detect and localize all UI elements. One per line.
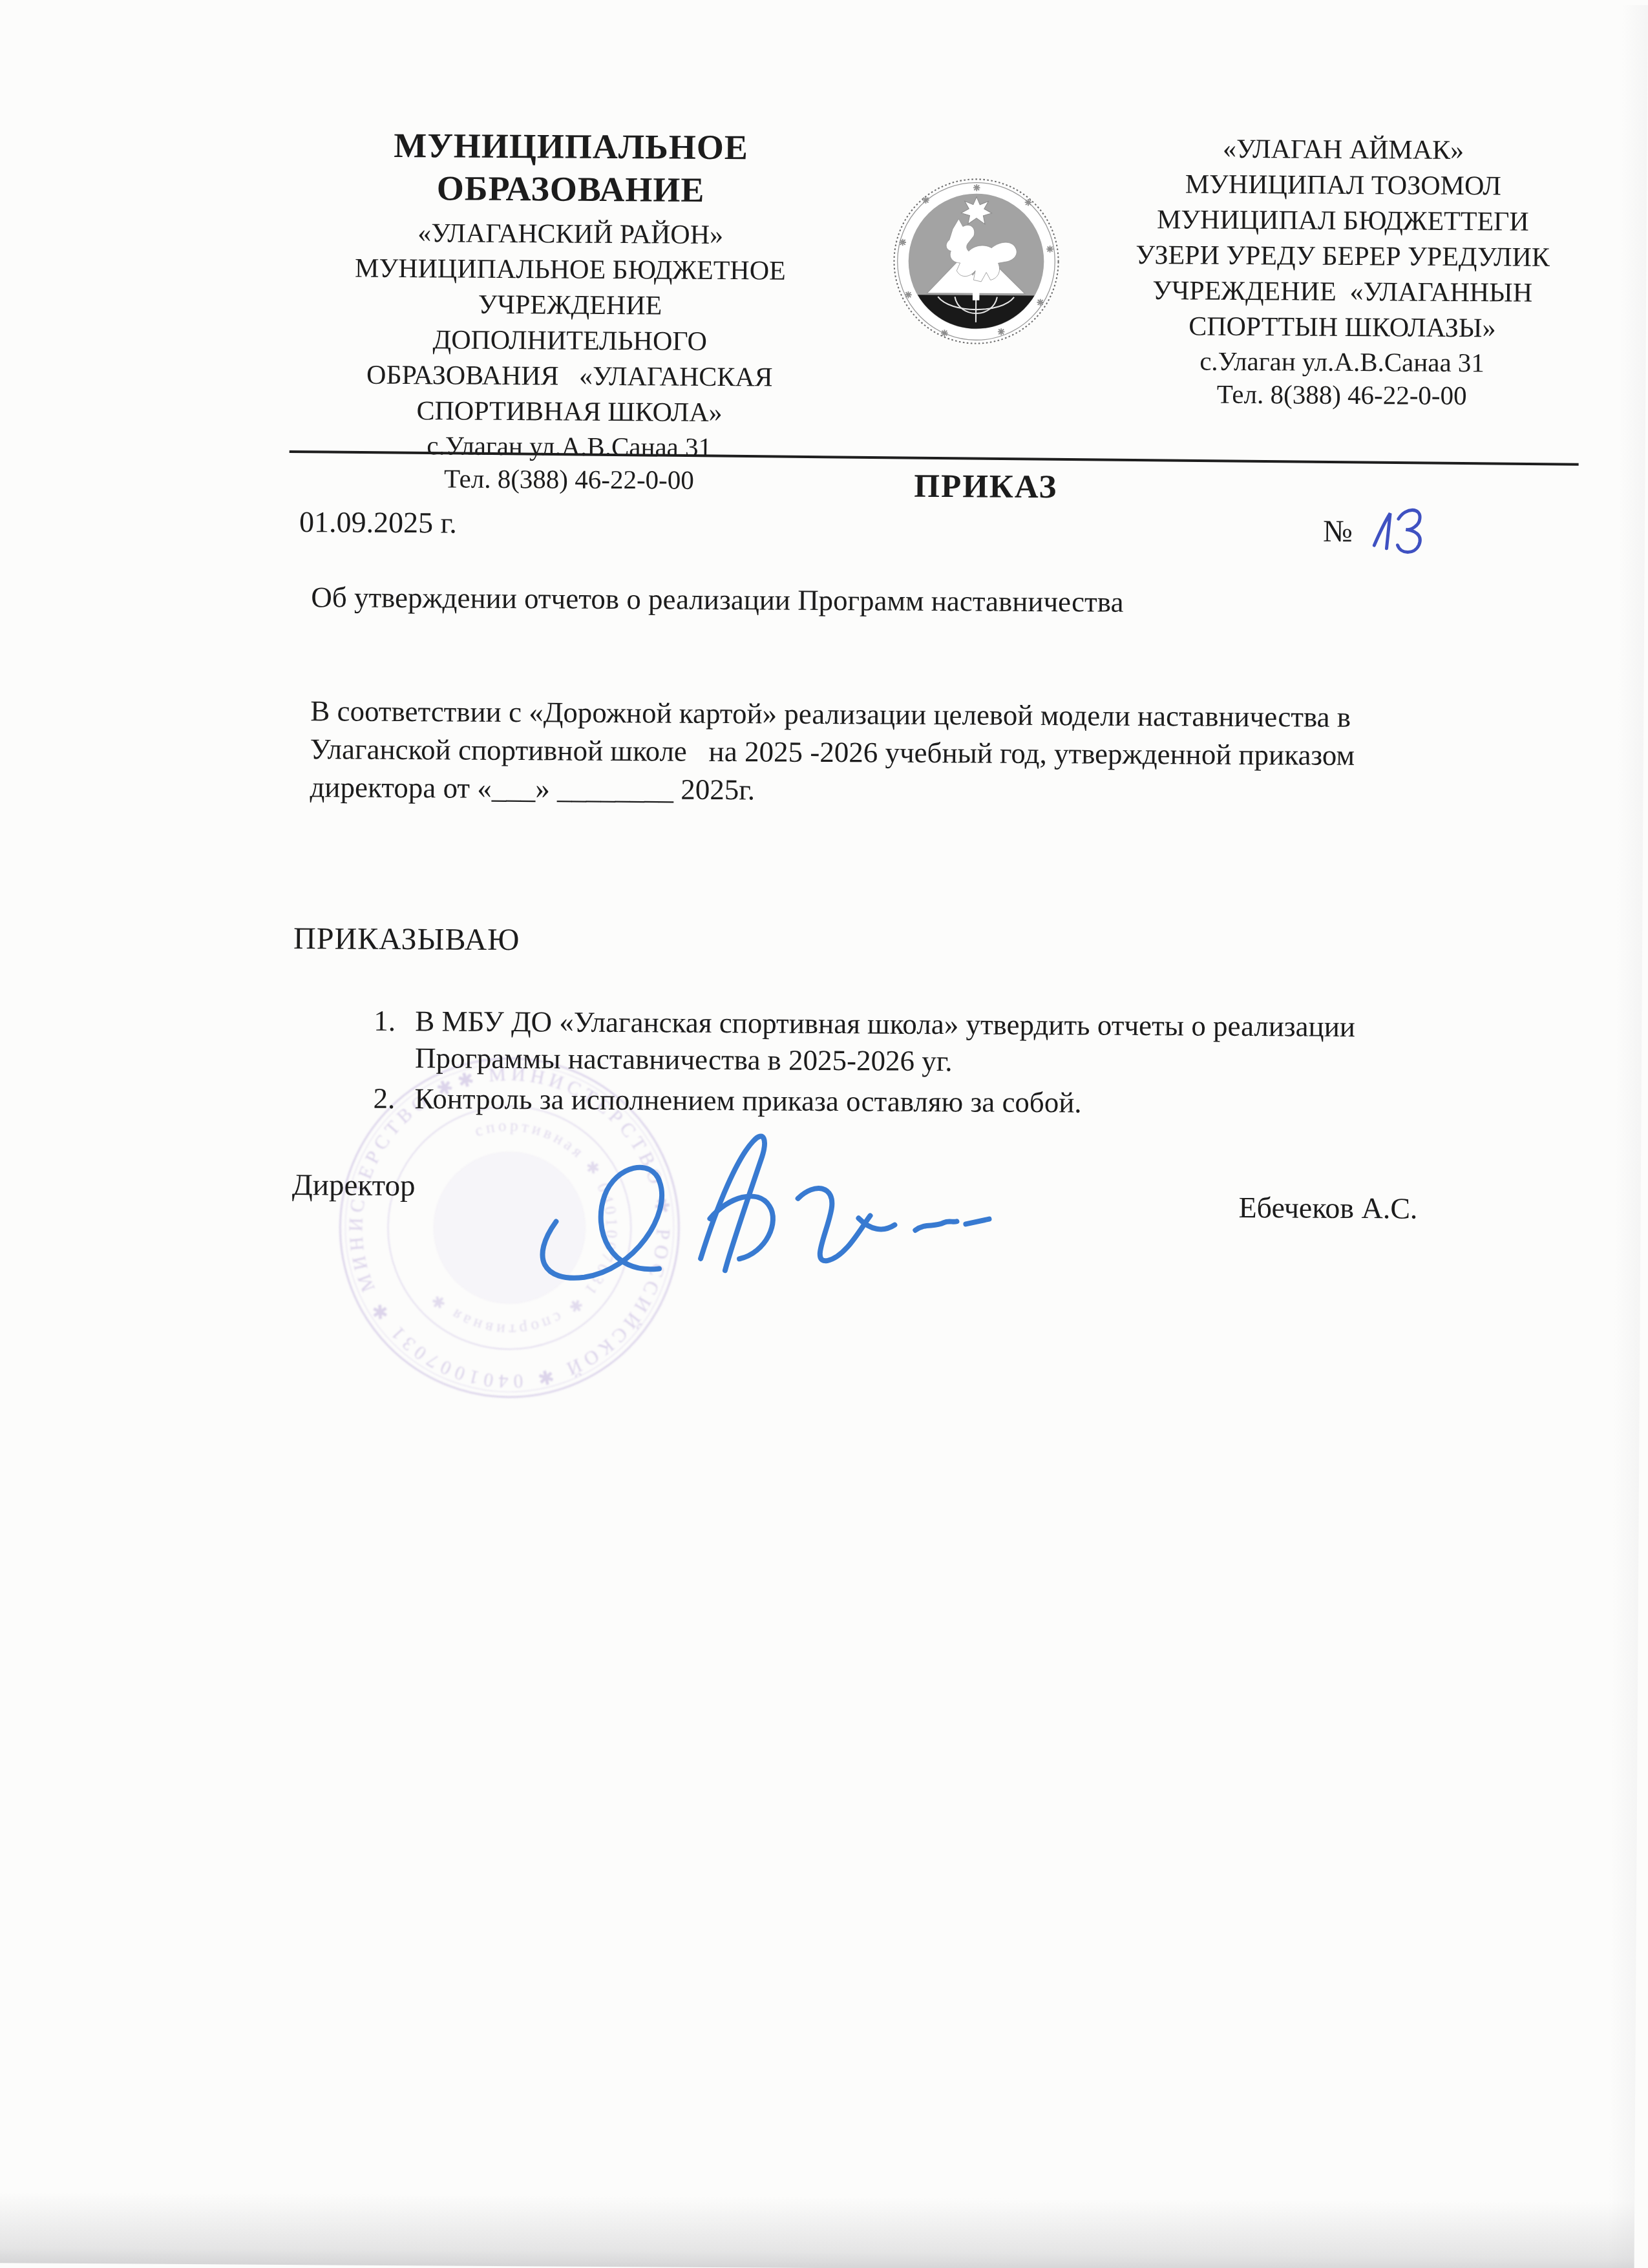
list-item-text: В МБУ ДО «Улаганская спортивная школа» у… — [415, 1003, 1456, 1083]
letterhead-right-line: СПОРТТЫН ШКОЛАЗЫ» — [1124, 309, 1561, 347]
order-title: ПРИКАЗ — [818, 467, 1154, 507]
letterhead-right-line: МУНИЦИПАЛ ТОЗОМОЛ — [1125, 167, 1561, 205]
letterhead-right-address: с.Улаган ул.А.В.Санаа 31 — [1123, 344, 1560, 380]
list-item: 1. В МБУ ДО «Улаганская спортивная школа… — [374, 1003, 1531, 1084]
signature-name: Ебечеков А.С. — [1238, 1190, 1417, 1226]
letterhead-left-line: УЧРЕЖДЕНИЕ ДОПОЛНИТЕЛЬНОГО — [347, 287, 794, 361]
letterhead-left-line: МУНИЦИПАЛЬНОЕ — [348, 124, 794, 169]
letterhead-left-line: СПОРТИВНАЯ ШКОЛА» — [346, 393, 792, 431]
scan-side-shading — [1609, 5, 1648, 2268]
letterhead-left-block: МУНИЦИПАЛЬНОЕ ОБРАЗОВАНИЕ «УЛАГАНСКИЙ РА… — [346, 124, 794, 498]
letterhead-left-address: с.Улаган ул.А.В.Санаа 31 — [346, 428, 792, 464]
list-item-number: 2. — [373, 1080, 414, 1117]
letterhead-right-line: УЧРЕЖДЕНИЕ «УЛАГАННЫН — [1124, 273, 1561, 311]
list-item: 2. Контроль за исполнением приказа остав… — [373, 1080, 1530, 1124]
signature-role: Директор — [292, 1168, 416, 1203]
letterhead-right-line: УЗЕРИ УРЕДУ БЕРЕР УРЕДУЛИК — [1124, 238, 1561, 276]
letterhead-right-line: МУНИЦИПАЛ БЮДЖЕТТЕГИ — [1125, 202, 1561, 240]
letterhead-left-phone: Тел. 8(388) 46-22-0-00 — [346, 461, 792, 497]
handwritten-signature-icon — [496, 1119, 1021, 1297]
order-subject: Об утверждении отчетов о реализации Прог… — [311, 580, 1123, 619]
director-signature — [496, 1119, 1021, 1297]
letterhead-right-phone: Тел. 8(388) 46-22-0-00 — [1123, 377, 1560, 413]
letterhead-right-line: «УЛАГАН АЙМАК» — [1125, 131, 1561, 169]
order-number-handwritten — [1362, 502, 1440, 561]
order-items-list: 1. В МБУ ДО «Улаганская спортивная школа… — [373, 1003, 1530, 1124]
horse-mountain-emblem-icon — [891, 176, 1062, 347]
letterhead-left-line: «УЛАГАНСКИЙ РАЙОН» — [348, 216, 794, 254]
handwritten-13-icon — [1362, 502, 1440, 561]
order-number-label: № — [1323, 514, 1353, 549]
order-resolution: ПРИКАЗЫВАЮ — [293, 921, 520, 958]
list-item-number: 1. — [374, 1003, 415, 1040]
globe-trunk — [973, 288, 980, 300]
ulagan-emblem-icon — [891, 176, 1062, 347]
order-body-line: директора от «___» ________ 2025г. — [310, 768, 1563, 814]
list-item-text: Контроль за исполнением приказа оставляю… — [414, 1080, 1455, 1124]
letterhead-left-line: ОБРАЗОВАНИЕ — [348, 167, 794, 212]
scan-edge-shading — [0, 2192, 1634, 2268]
letterhead-left-line: МУНИЦИПАЛЬНОЕ БЮДЖЕТНОЕ — [347, 251, 793, 289]
letterhead-left-line: ОБРАЗОВАНИЯ «УЛАГАНСКАЯ — [346, 357, 792, 395]
letterhead-right-block: «УЛАГАН АЙМАК» МУНИЦИПАЛ ТОЗОМОЛ МУНИЦИП… — [1123, 131, 1562, 413]
order-body: В соответствии с «Дорожной картой» реали… — [310, 692, 1564, 814]
scanned-order-page: МУНИЦИПАЛЬНОЕ ОБРАЗОВАНИЕ «УЛАГАНСКИЙ РА… — [0, 0, 1648, 2268]
order-date: 01.09.2025 г. — [299, 505, 457, 540]
